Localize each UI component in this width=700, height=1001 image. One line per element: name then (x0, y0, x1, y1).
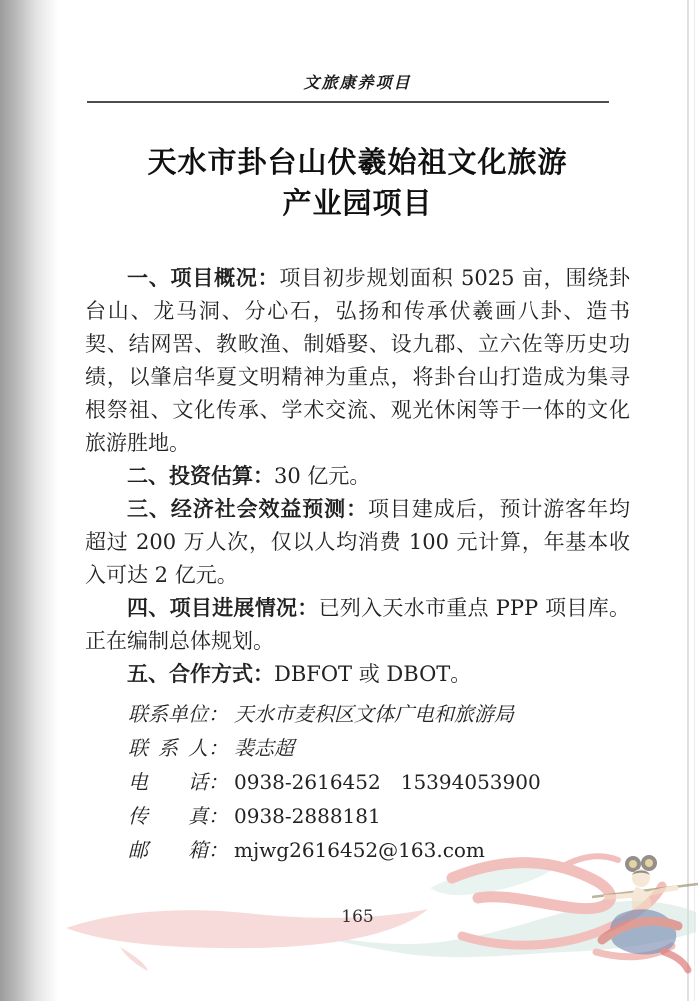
contact-colon: ： (208, 799, 228, 833)
page-right-edge (687, 0, 689, 1001)
document-title-line2: 产业园项目 (85, 183, 630, 224)
contact-value: 裴志超 (234, 736, 294, 760)
paragraph-label: 三、经济社会效益预测： (127, 497, 368, 521)
contact-colon: ： (208, 731, 228, 765)
contact-value: 天水市麦积区文体广电和旅游局 (234, 702, 514, 726)
contact-value: 0938-2888181 (234, 804, 381, 828)
paragraph-label: 四、项目进展情况： (127, 596, 319, 620)
document-body: 一、项目概况：项目初步规划面积 5025 亩，围绕卦台山、龙马洞、分心石，弘扬和… (85, 262, 630, 691)
paragraph-label: 一、项目概况： (127, 266, 279, 290)
contact-label: 传真 (128, 799, 208, 833)
contact-label: 电话 (128, 765, 208, 799)
header-rule (87, 101, 609, 103)
contact-row-email: 邮箱：mjwg2616452@163.com (128, 833, 618, 867)
contact-value: mjwg2616452@163.com (234, 838, 485, 862)
contact-row-fax: 传真：0938-2888181 (128, 799, 618, 833)
document-title-line1: 天水市卦台山伏羲始祖文化旅游 (85, 142, 630, 183)
contact-row-unit: 联系单位：天水市麦积区文体广电和旅游局 (128, 697, 618, 731)
contact-value: 0938-2616452 15394053900 (234, 770, 541, 794)
paragraph-label: 二、投资估算： (127, 464, 274, 488)
paragraph-cooperation-mode: 五、合作方式：DBFOT 或 DBOT。 (85, 658, 630, 691)
paragraph-investment: 二、投资估算：30 亿元。 (85, 460, 630, 493)
contact-row-phone: 电话：0938-2616452 15394053900 (128, 765, 618, 799)
paragraph-text: 30 亿元。 (274, 464, 370, 488)
page-left-shadow (0, 0, 58, 1001)
page-right-edge-inner (694, 0, 695, 1001)
paragraph-benefit-forecast: 三、经济社会效益预测：项目建成后，预计游客年均超过 200 万人次，仅以人均消费… (85, 493, 630, 592)
contact-colon: ： (208, 697, 228, 731)
paragraph-progress: 四、项目进展情况：已列入天水市重点 PPP 项目库。正在编制总体规划。 (85, 592, 630, 658)
contact-label: 联系单位 (128, 697, 208, 731)
paragraph-text: DBFOT 或 DBOT。 (274, 662, 471, 686)
running-header-title: 文旅康养项目 (85, 70, 630, 93)
document-page: 文旅康养项目 天水市卦台山伏羲始祖文化旅游 产业园项目 一、项目概况：项目初步规… (0, 0, 700, 1001)
contact-row-person: 联系人：裴志超 (128, 731, 618, 765)
contact-colon: ： (208, 765, 228, 799)
paragraph-overview: 一、项目概况：项目初步规划面积 5025 亩，围绕卦台山、龙马洞、分心石，弘扬和… (85, 262, 630, 460)
contact-label: 邮箱 (128, 833, 208, 867)
contact-colon: ： (208, 833, 228, 867)
contact-block: 联系单位：天水市麦积区文体广电和旅游局 联系人：裴志超 电话：0938-2616… (128, 697, 618, 867)
contact-label: 联系人 (128, 731, 208, 765)
document-title: 天水市卦台山伏羲始祖文化旅游 产业园项目 (85, 142, 630, 224)
paragraph-label: 五、合作方式： (127, 662, 274, 686)
paragraph-text: 项目初步规划面积 5025 亩，围绕卦台山、龙马洞、分心石，弘扬和传承伏羲画八卦… (85, 266, 630, 455)
page-number: 165 (85, 907, 630, 927)
